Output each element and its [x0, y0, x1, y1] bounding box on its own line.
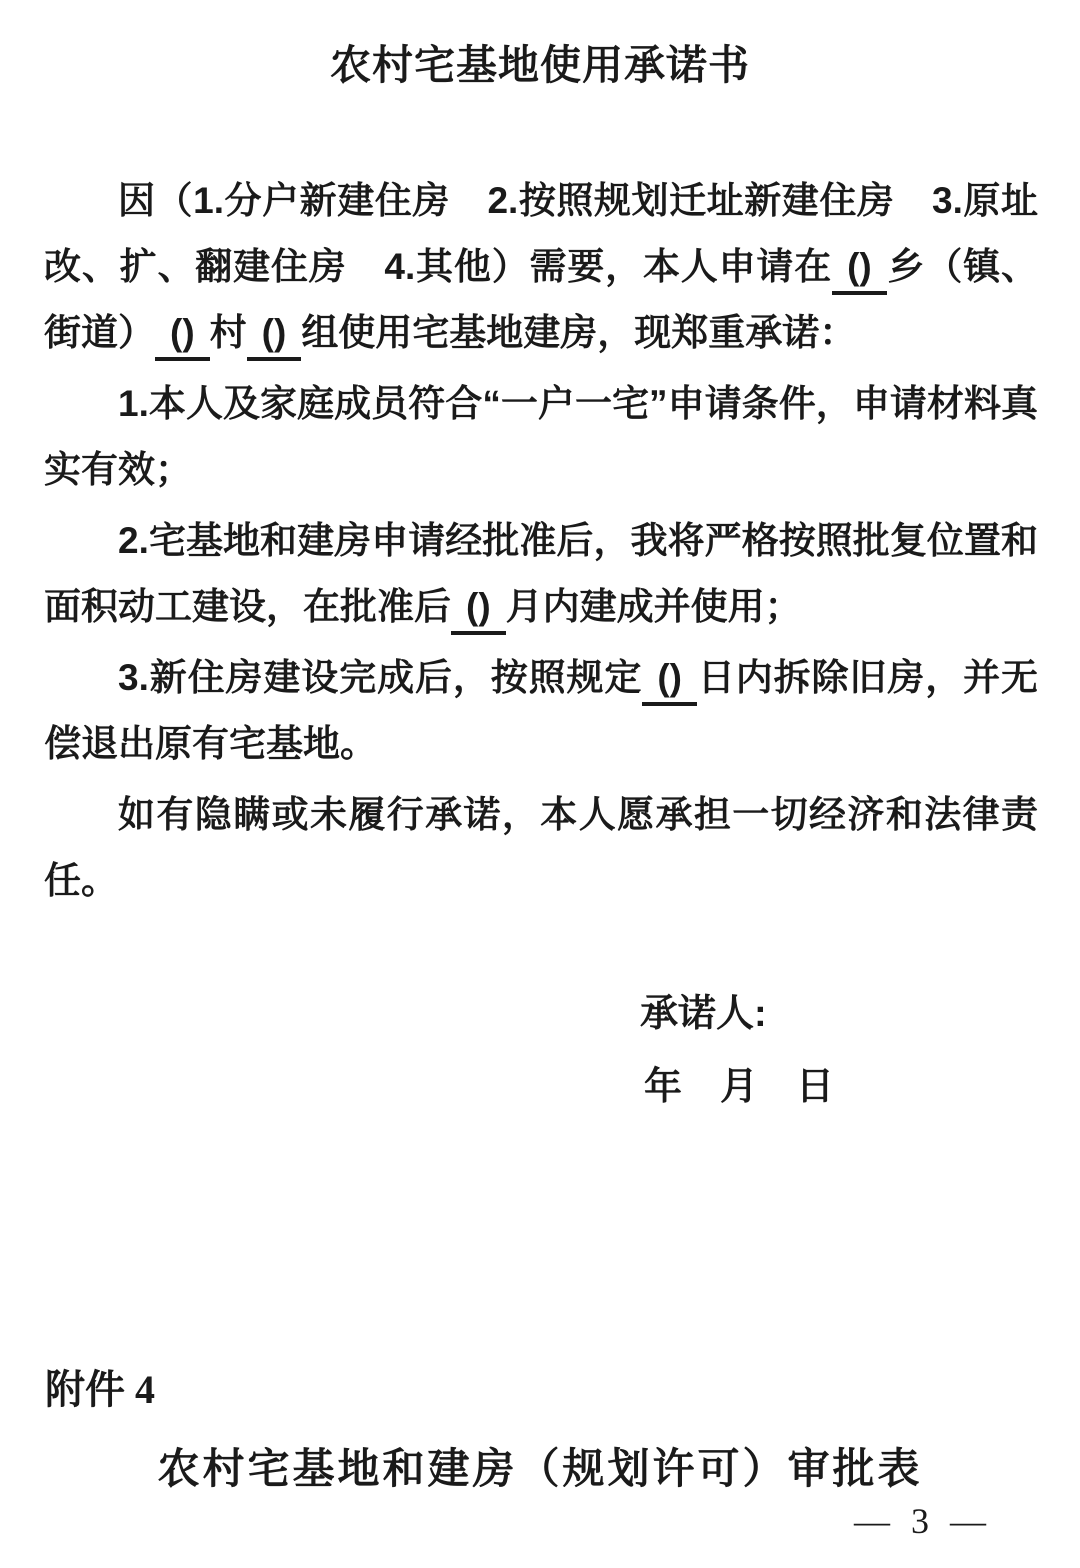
document-title: 农村宅基地使用承诺书 [0, 32, 1080, 91]
blank-township-field: () [832, 243, 887, 295]
blank-group-field: () [247, 309, 302, 361]
promisor-signature-label: 承诺人: [640, 982, 767, 1037]
text-segment: 3.新住房建设完成后，按照规定 [118, 657, 642, 698]
blank-village-field: () [155, 309, 210, 361]
paragraph-commitment-1: 1.本人及家庭成员符合“一户一宅”申请条件，申请材料真实有效； [44, 371, 1038, 503]
document-body: 因（1.分户新建住房 2.按照规划迁址新建住房 3.原址改、扩、翻建住房 4.其… [44, 168, 1038, 914]
paragraph-commitment-2: 2.宅基地和建房申请经批准后，我将严格按照批复位置和面积动工建设，在批准后()月… [44, 508, 1038, 640]
attachment-form-title: 农村宅基地和建房（规划许可）审批表 [0, 1436, 1080, 1496]
attachment-number-label: 附件 4 [45, 1358, 155, 1415]
blank-days-field: () [642, 654, 697, 706]
blank-months-field: () [451, 583, 506, 635]
paragraph-application-reason: 因（1.分户新建住房 2.按照规划迁址新建住房 3.原址改、扩、翻建住房 4.其… [44, 168, 1038, 366]
page-number: — 3 — [854, 1500, 992, 1542]
text-segment: 村 [210, 312, 247, 353]
text-segment: 组使用宅基地建房，现郑重承诺： [301, 312, 856, 353]
date-line: 年 月 日 [644, 1055, 834, 1110]
document-page: 农村宅基地使用承诺书 因（1.分户新建住房 2.按照规划迁址新建住房 3.原址改… [0, 0, 1080, 1568]
paragraph-liability: 如有隐瞒或未履行承诺，本人愿承担一切经济和法律责任。 [44, 782, 1038, 914]
paragraph-commitment-3: 3.新住房建设完成后，按照规定()日内拆除旧房，并无偿退出原有宅基地。 [44, 645, 1038, 777]
text-segment: 月内建成并使用； [506, 586, 802, 627]
